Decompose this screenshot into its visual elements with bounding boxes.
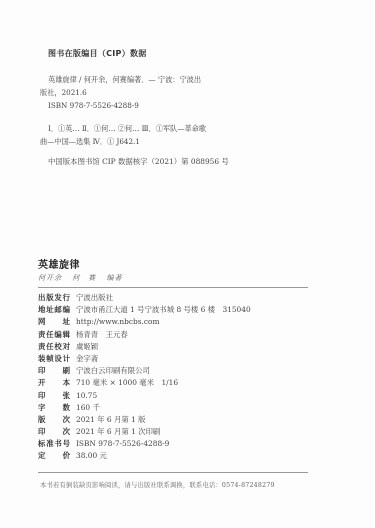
info-label-char: 印 xyxy=(38,365,45,377)
info-label: 装帧设计 xyxy=(38,353,70,365)
divider-top xyxy=(38,287,308,288)
info-label: 责任校对 xyxy=(38,341,70,353)
info-row: 出版发行宁波出版社 xyxy=(38,292,251,304)
info-row: 装帧设计金字斋 xyxy=(38,353,251,365)
info-label: 出版发行 xyxy=(38,292,70,304)
info-label-char: 次 xyxy=(63,426,70,438)
info-row: 印刷宁波白云印刷有限公司 xyxy=(38,365,251,377)
info-value: http://www.nbcbs.com xyxy=(76,316,159,328)
cip-catalog-number: 中国版本图书馆 CIP 数据核字（2021）第 088956 号 xyxy=(48,156,229,167)
info-row: 责任校对虞姬颖 xyxy=(38,341,251,353)
info-value: 2021 年 6 月第 1 次印刷 xyxy=(76,426,160,438)
info-label-char: 标 xyxy=(38,438,45,450)
info-label-char: 印 xyxy=(38,426,45,438)
cip-line: 版社，2021.6 xyxy=(40,86,220,99)
info-row: 印次2021 年 6 月第 1 次印刷 xyxy=(38,426,251,438)
info-label: 责任编辑 xyxy=(38,329,70,341)
info-label-char: 本 xyxy=(63,377,70,389)
info-label-char: 辑 xyxy=(63,329,70,341)
info-row: 印张10.75 xyxy=(38,390,251,402)
info-row: 标准书号ISBN 978-7-5526-4288-9 xyxy=(38,438,251,450)
info-label: 字数 xyxy=(38,402,70,414)
info-row: 地址邮编宁波市甬江大道 1 号宁波书城 8 号楼 6 楼 315040 xyxy=(38,304,251,316)
info-label-char: 地 xyxy=(38,304,45,316)
info-label-char: 字 xyxy=(38,402,45,414)
info-label-char: 编 xyxy=(63,304,70,316)
book-authors: 何开余 何 赛 编著 xyxy=(38,273,129,283)
divider-bottom xyxy=(38,472,308,473)
info-label-char: 责 xyxy=(38,341,45,353)
info-label-char: 任 xyxy=(46,329,53,341)
info-label: 网址 xyxy=(38,316,70,328)
info-value: 宁波白云印刷有限公司 xyxy=(76,365,150,377)
cip-heading: 图书在版编目（CIP）数据 xyxy=(48,48,147,59)
info-value: 宁波出版社 xyxy=(76,292,113,304)
info-label-char: 址 xyxy=(46,304,53,316)
cip-isbn: ISBN 978-7-5526-4288-9 xyxy=(40,99,220,112)
info-label-char: 版 xyxy=(46,292,53,304)
info-value: 虞姬颖 xyxy=(76,341,98,353)
info-row: 字数160 千 xyxy=(38,402,251,414)
info-label-char: 任 xyxy=(46,341,53,353)
info-label-char: 责 xyxy=(38,329,45,341)
info-label: 印刷 xyxy=(38,365,70,377)
info-label-char: 址 xyxy=(63,316,70,328)
info-label-char: 版 xyxy=(38,414,45,426)
info-value: 2021 年 6 月第 1 版 xyxy=(76,414,146,426)
info-label-char: 装 xyxy=(38,353,45,365)
info-label: 印张 xyxy=(38,390,70,402)
info-label-char: 书 xyxy=(54,438,61,450)
author-name: 何 赛 xyxy=(72,274,96,282)
info-label: 版次 xyxy=(38,414,70,426)
info-label-char: 计 xyxy=(63,353,70,365)
info-label: 开本 xyxy=(38,377,70,389)
info-label-char: 帧 xyxy=(46,353,53,365)
info-value: ISBN 978-7-5526-4288-9 xyxy=(76,438,169,450)
info-label-char: 定 xyxy=(38,450,45,462)
info-label-char: 发 xyxy=(54,292,61,304)
info-label-char: 设 xyxy=(54,353,61,365)
cip-line: 曲—中国—选集 Ⅳ．① J642.1 xyxy=(40,135,220,148)
info-label-char: 对 xyxy=(63,341,70,353)
book-title: 英雄旋律 xyxy=(38,256,80,271)
info-label-char: 印 xyxy=(38,390,45,402)
info-value: 金字斋 xyxy=(76,353,98,365)
info-value: 杨青青 王元春 xyxy=(76,329,128,341)
info-label-char: 刷 xyxy=(63,365,70,377)
info-label: 地址邮编 xyxy=(38,304,70,316)
info-value: 宁波市甬江大道 1 号宁波书城 8 号楼 6 楼 315040 xyxy=(76,304,251,316)
info-label-char: 邮 xyxy=(54,304,61,316)
info-label-char: 数 xyxy=(63,402,70,414)
info-label-char: 张 xyxy=(63,390,70,402)
info-label-char: 开 xyxy=(38,377,45,389)
info-row: 网址http://www.nbcbs.com xyxy=(38,316,251,328)
footer-note: 本书若有倒装缺页影响阅读，请与出版社联系调换，联系电话：0574-8724827… xyxy=(40,480,275,489)
info-row: 定价38.00 元 xyxy=(38,450,251,462)
info-label-char: 网 xyxy=(38,316,45,328)
info-value: 710 毫米 × 1000 毫米 1/16 xyxy=(76,377,178,389)
author-name: 何开余 xyxy=(38,274,62,282)
info-label-char: 校 xyxy=(54,341,61,353)
info-value: 160 千 xyxy=(76,402,100,414)
info-row: 版次2021 年 6 月第 1 版 xyxy=(38,414,251,426)
info-label: 印次 xyxy=(38,426,70,438)
cip-line: Ⅰ．①英… Ⅱ．①何… ②何… Ⅲ．①军队—革命歌 xyxy=(40,122,220,135)
info-label: 标准书号 xyxy=(38,438,70,450)
cip-record: 英雄旋律 / 何开余，何赛编著．— 宁波：宁波出 版社，2021.6 ISBN … xyxy=(40,73,220,148)
info-label: 定价 xyxy=(38,450,70,462)
info-label-char: 价 xyxy=(63,450,70,462)
info-label-char: 行 xyxy=(63,292,70,304)
info-label-char: 号 xyxy=(63,438,70,450)
info-label-char: 编 xyxy=(54,329,61,341)
info-label-char: 准 xyxy=(46,438,53,450)
author-role: 编著 xyxy=(106,274,122,282)
copyright-page: 图书在版编目（CIP）数据 英雄旋律 / 何开余，何赛编著．— 宁波：宁波出 版… xyxy=(0,0,375,528)
info-row: 开本710 毫米 × 1000 毫米 1/16 xyxy=(38,377,251,389)
info-label-char: 出 xyxy=(38,292,45,304)
info-row: 责任编辑杨青青 王元春 xyxy=(38,329,251,341)
info-value: 10.75 xyxy=(76,390,97,402)
publication-info: 出版发行宁波出版社地址邮编宁波市甬江大道 1 号宁波书城 8 号楼 6 楼 31… xyxy=(38,292,251,463)
info-label-char: 次 xyxy=(63,414,70,426)
cip-line: 英雄旋律 / 何开余，何赛编著．— 宁波：宁波出 xyxy=(40,73,220,86)
info-value: 38.00 元 xyxy=(76,450,107,462)
